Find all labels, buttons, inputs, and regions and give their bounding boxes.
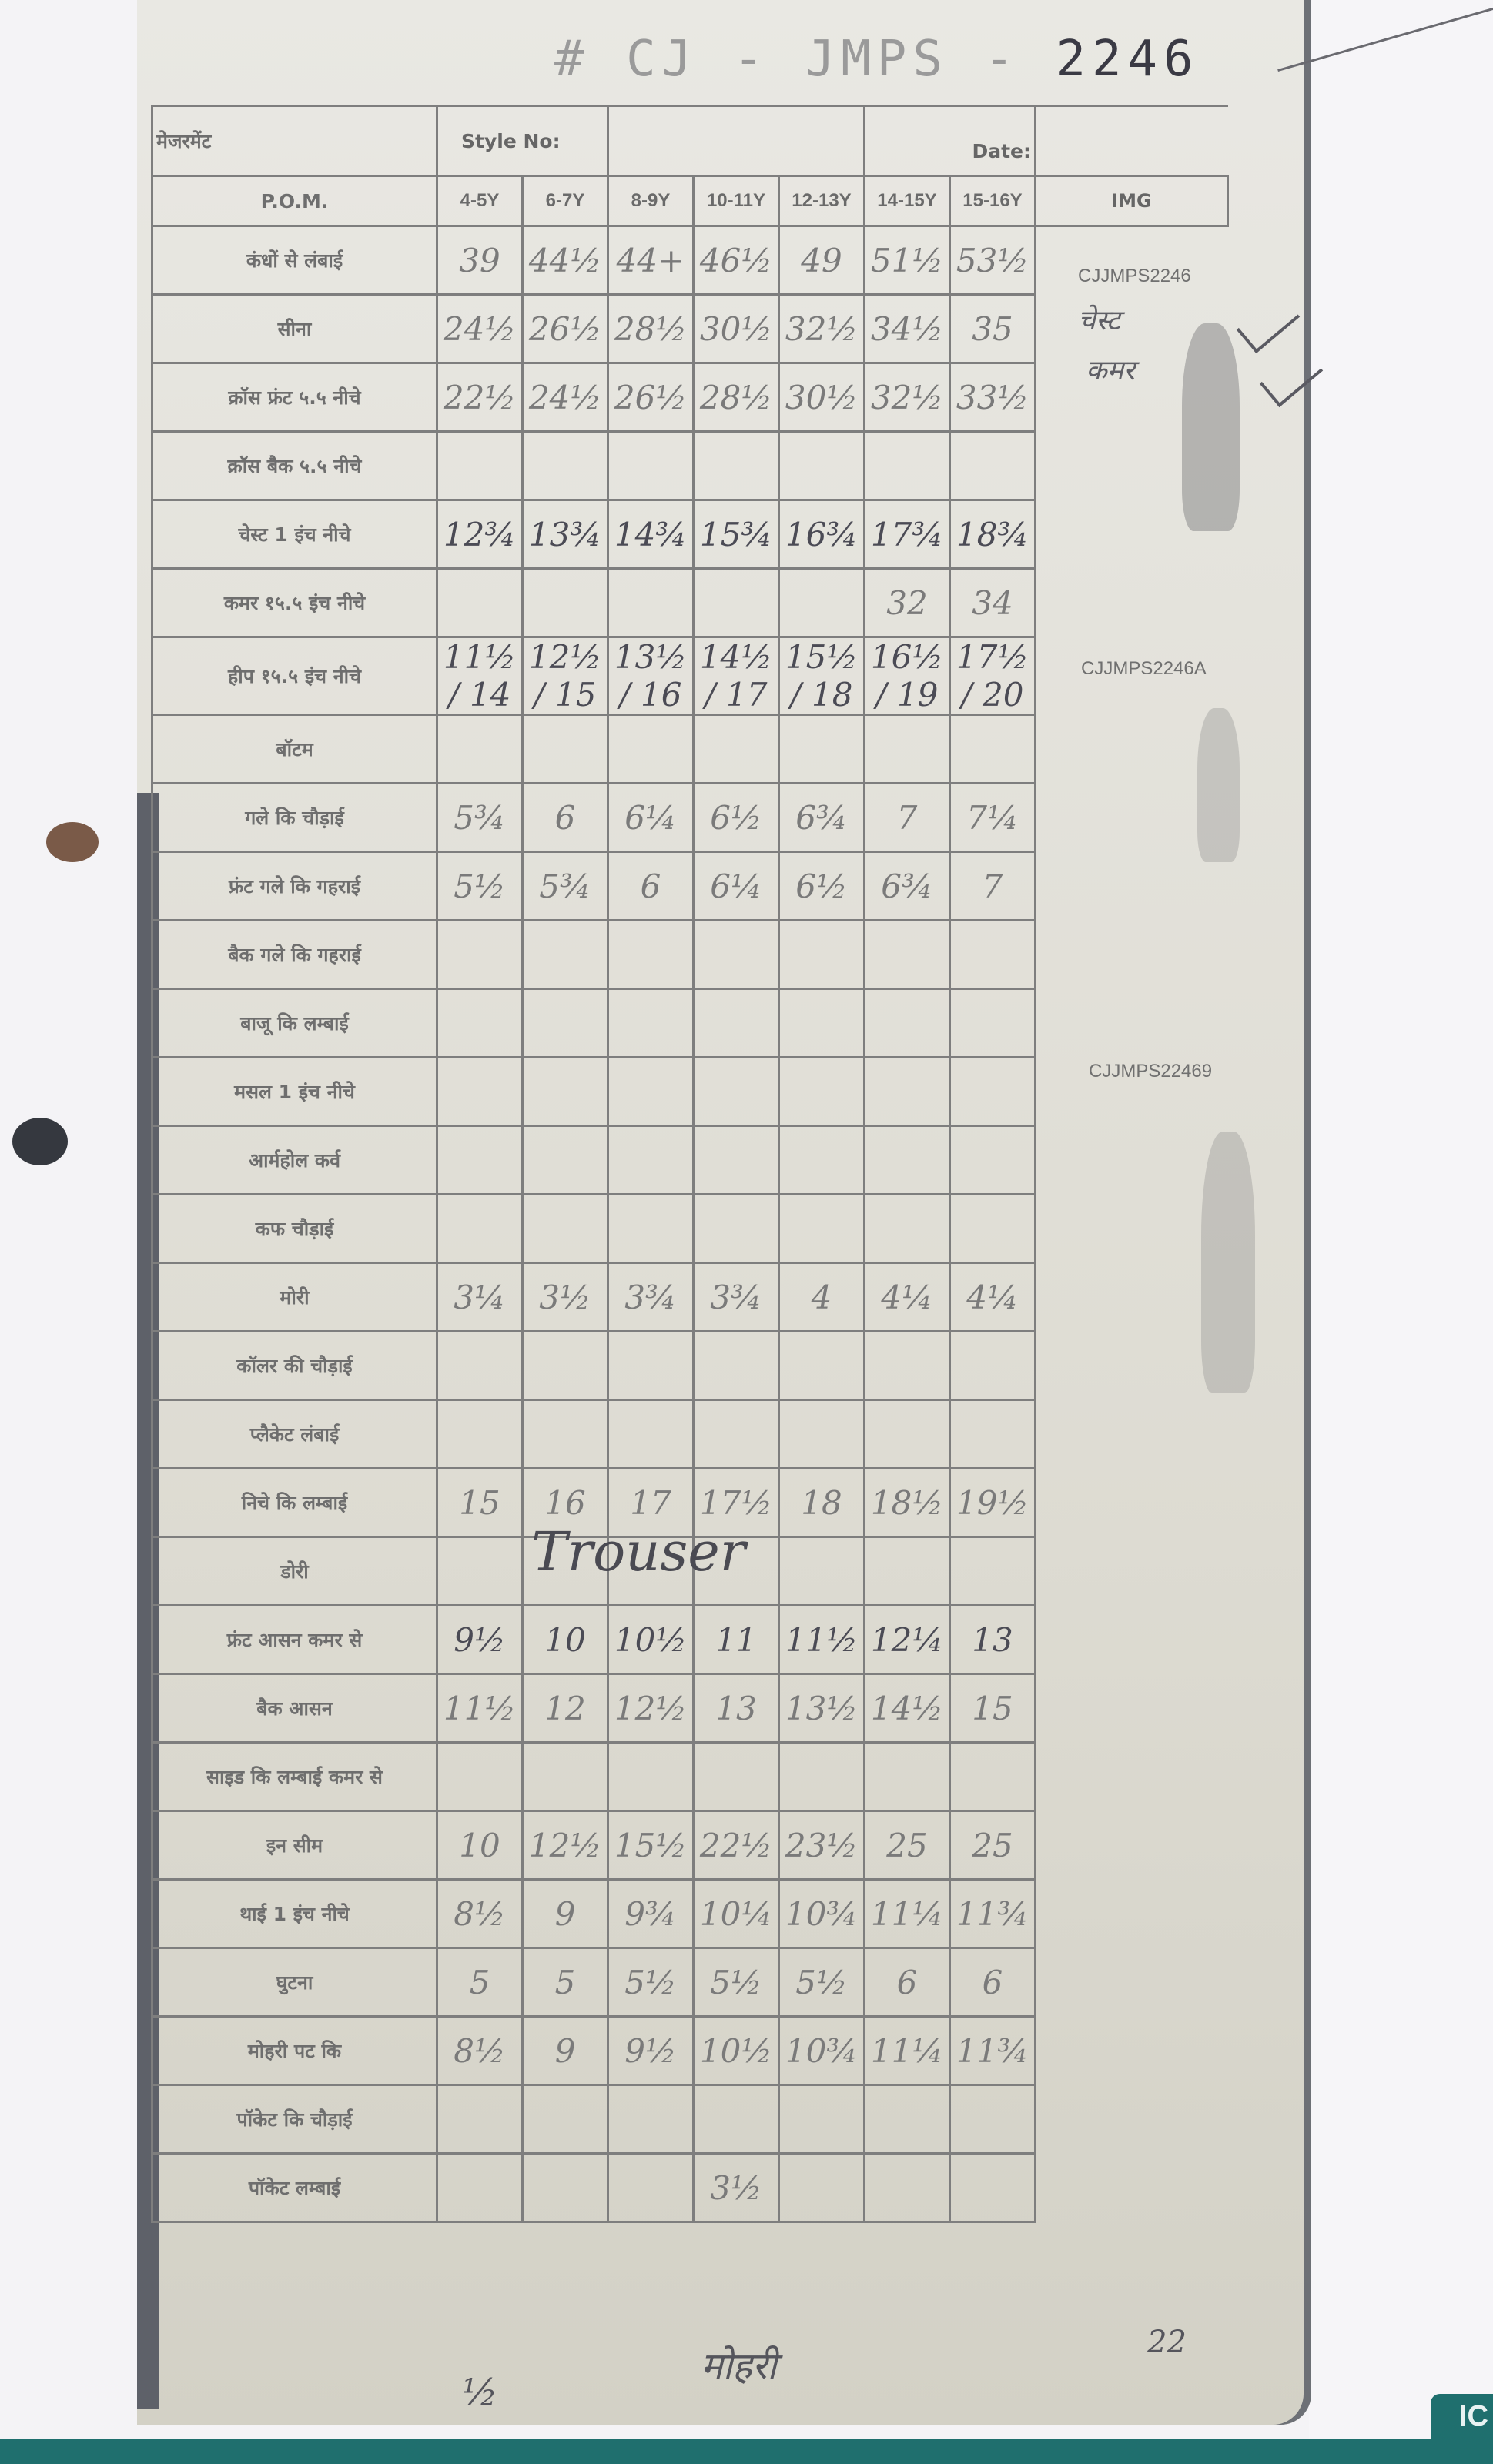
img-cell xyxy=(1036,2017,1228,2085)
measurement-cell[interactable]: 6½ xyxy=(694,784,779,852)
measurement-cell[interactable]: 35 xyxy=(950,295,1036,363)
measurement-cell[interactable] xyxy=(950,2085,1036,2154)
measurement-cell[interactable] xyxy=(523,1058,608,1126)
measurement-cell[interactable]: 14½ xyxy=(865,1674,950,1743)
measurement-cell[interactable] xyxy=(779,432,865,500)
measurement-label: मेजरमेंट xyxy=(152,106,437,176)
measurement-cell[interactable] xyxy=(694,921,779,989)
measurement-cell[interactable] xyxy=(779,1537,865,1606)
handwritten-annotation: चेस्ट xyxy=(1078,300,1120,338)
table-row: पॉकेट लम्बाई3½ xyxy=(152,2154,1228,2222)
img-cell xyxy=(1036,1606,1228,1674)
table-row: मोहरी पट कि8½99½10½10¾11¼11¾ xyxy=(152,2017,1228,2085)
measurement-cell[interactable]: 18½ xyxy=(865,1469,950,1537)
measurement-cell[interactable] xyxy=(523,921,608,989)
measurement-cell[interactable]: 7 xyxy=(865,784,950,852)
measurement-cell[interactable] xyxy=(865,921,950,989)
footer-word: मोहरी xyxy=(701,2340,777,2390)
measurement-cell[interactable] xyxy=(779,1743,865,1811)
measurement-cell[interactable] xyxy=(608,715,694,784)
measurement-cell[interactable]: 13½ xyxy=(779,1674,865,1743)
measurement-cell[interactable] xyxy=(608,1126,694,1195)
measurement-cell[interactable]: 5¾ xyxy=(437,784,523,852)
measurement-cell[interactable] xyxy=(865,715,950,784)
measurement-cell[interactable] xyxy=(437,432,523,500)
pom-row-label: पॉकेट लम्बाई xyxy=(152,2154,437,2222)
measurement-cell[interactable]: 26½ xyxy=(523,295,608,363)
measurement-cell[interactable]: 9¾ xyxy=(608,1880,694,1948)
measurement-cell[interactable]: 15 xyxy=(950,1674,1036,1743)
measurement-cell[interactable] xyxy=(950,432,1036,500)
img-cell xyxy=(1036,2154,1228,2222)
measurement-cell[interactable]: 30½ xyxy=(779,363,865,432)
measurement-cell[interactable]: 6¾ xyxy=(865,852,950,921)
measurement-cell[interactable] xyxy=(437,715,523,784)
measurement-cell[interactable]: 26½ xyxy=(608,363,694,432)
measurement-cell[interactable] xyxy=(437,1126,523,1195)
table-row: कॉलर की चौड़ाई xyxy=(152,1332,1228,1400)
teal-background-strip xyxy=(0,2439,1493,2464)
measurement-cell[interactable] xyxy=(437,2085,523,2154)
measurement-cell[interactable] xyxy=(779,1126,865,1195)
pom-row-label: बॉटम xyxy=(152,715,437,784)
table-row: आर्महोल कर्व xyxy=(152,1126,1228,1195)
pom-row-label: डोरी xyxy=(152,1537,437,1606)
garment-sketch-jumpsuit xyxy=(1182,323,1240,531)
measurement-cell[interactable]: 13½ / 16 xyxy=(608,637,694,715)
measurement-cell[interactable]: 7 xyxy=(950,852,1036,921)
pom-row-label: कफ चौड़ाई xyxy=(152,1195,437,1263)
measurement-cell[interactable]: 24½ xyxy=(437,295,523,363)
measurement-cell[interactable] xyxy=(437,1058,523,1126)
measurement-cell[interactable] xyxy=(779,2154,865,2222)
table-row: बाजू कि लम्बाई xyxy=(152,989,1228,1058)
measurement-cell[interactable]: 3½ xyxy=(694,2154,779,2222)
pom-row-label: चेस्ट 1 इंच नीचे xyxy=(152,500,437,569)
measurement-cell[interactable] xyxy=(523,1126,608,1195)
measurement-cell[interactable] xyxy=(437,1537,523,1606)
img-cell xyxy=(1036,1674,1228,1743)
measurement-cell[interactable]: 13¾ xyxy=(523,500,608,569)
pom-row-label: आर्महोल कर्व xyxy=(152,1126,437,1195)
measurement-cell[interactable] xyxy=(950,1400,1036,1469)
measurement-cell[interactable]: 9½ xyxy=(437,1606,523,1674)
measurement-cell[interactable] xyxy=(950,2154,1036,2222)
measurement-cell[interactable]: 6½ xyxy=(779,852,865,921)
measurement-cell[interactable]: 3¾ xyxy=(608,1263,694,1332)
table-row: कफ चौड़ाई xyxy=(152,1195,1228,1263)
measurement-cell[interactable]: 11¼ xyxy=(865,1880,950,1948)
measurement-cell[interactable] xyxy=(779,1058,865,1126)
measurement-cell[interactable]: 11½ xyxy=(779,1606,865,1674)
pom-row-label: गले कि चौड़ाई xyxy=(152,784,437,852)
garment-sketch-figure xyxy=(1201,1132,1255,1393)
measurement-cell[interactable] xyxy=(437,1743,523,1811)
backdrop xyxy=(1309,0,1493,2464)
measurement-cell[interactable]: 23½ xyxy=(779,1811,865,1880)
handwritten-annotation: कमर xyxy=(1086,350,1135,388)
pom-row-label: कॉलर की चौड़ाई xyxy=(152,1332,437,1400)
measurement-cell[interactable]: 28½ xyxy=(608,295,694,363)
table-row: मसल 1 इंच नीचे xyxy=(152,1058,1228,1126)
measurement-cell[interactable]: 11¼ xyxy=(865,2017,950,2085)
measurement-cell[interactable] xyxy=(694,1058,779,1126)
img-header: IMG xyxy=(1036,176,1228,226)
measurement-cell[interactable]: 5½ xyxy=(779,1948,865,2017)
size-header: 4-5Y xyxy=(437,176,523,226)
style-code-number: 2246 xyxy=(1056,31,1199,88)
measurement-cell[interactable] xyxy=(523,2154,608,2222)
img-cell xyxy=(1036,1948,1228,2017)
page-mark: 22 xyxy=(1147,2325,1187,2360)
measurement-cell[interactable] xyxy=(865,1332,950,1400)
measurement-cell[interactable] xyxy=(523,1332,608,1400)
table-row: गले कि चौड़ाई5¾66¼6½6¾77¼ xyxy=(152,784,1228,852)
measurement-cell[interactable]: 5 xyxy=(437,1948,523,2017)
measurement-cell[interactable]: 5½ xyxy=(694,1948,779,2017)
measurement-cell[interactable] xyxy=(694,989,779,1058)
header-row-top: मेजरमेंट Style No: Date: xyxy=(152,106,1228,176)
pom-row-label: निचे कि लम्बाई xyxy=(152,1469,437,1537)
measurement-cell[interactable] xyxy=(523,432,608,500)
measurement-cell[interactable] xyxy=(950,989,1036,1058)
measurement-cell[interactable] xyxy=(694,1126,779,1195)
measurement-cell[interactable] xyxy=(950,1195,1036,1263)
img-cell xyxy=(1036,989,1228,1058)
pom-row-label: सीना xyxy=(152,295,437,363)
measurement-cell[interactable]: 10¾ xyxy=(779,1880,865,1948)
pom-row-label: फ्रंट गले कि गहराई xyxy=(152,852,437,921)
measurement-cell[interactable] xyxy=(608,2154,694,2222)
measurement-cell[interactable] xyxy=(950,921,1036,989)
measurement-table: मेजरमेंट Style No: Date: P.O.M. 4-5Y 6-7… xyxy=(151,105,1229,2223)
measurement-cell[interactable]: 6 xyxy=(950,1948,1036,2017)
measurement-cell[interactable]: 19½ xyxy=(950,1469,1036,1537)
measurement-cell[interactable]: 11½ / 14 xyxy=(437,637,523,715)
measurement-cell[interactable]: 32½ xyxy=(865,363,950,432)
img-cell xyxy=(1036,1400,1228,1469)
measurement-cell[interactable]: 4¼ xyxy=(950,1263,1036,1332)
measurement-cell[interactable]: 5 xyxy=(523,1948,608,2017)
measurement-cell[interactable]: 11¾ xyxy=(950,2017,1036,2085)
measurement-cell[interactable]: 22½ xyxy=(437,363,523,432)
pom-row-label: मोरी xyxy=(152,1263,437,1332)
measurement-cell[interactable] xyxy=(865,1400,950,1469)
measurement-cell[interactable] xyxy=(523,1743,608,1811)
table-row: प्लैकेट लंबाई xyxy=(152,1400,1228,1469)
measurement-cell[interactable] xyxy=(865,1195,950,1263)
measurement-cell[interactable] xyxy=(608,569,694,637)
measurement-cell[interactable]: 9½ xyxy=(608,2017,694,2085)
measurement-cell[interactable] xyxy=(608,1332,694,1400)
measurement-cell[interactable]: 46½ xyxy=(694,226,779,295)
table-row: बैक आसन11½1212½1313½14½15 xyxy=(152,1674,1228,1743)
measurement-cell[interactable] xyxy=(694,1743,779,1811)
measurement-cell[interactable] xyxy=(950,1743,1036,1811)
measurement-cell[interactable]: 22½ xyxy=(694,1811,779,1880)
measurement-cell[interactable]: 6¼ xyxy=(694,852,779,921)
pom-row-label: क्रॉस फ्रंट ५.५ नीचे xyxy=(152,363,437,432)
measurement-cell[interactable] xyxy=(523,2085,608,2154)
pom-row-label: कंधों से लंबाई xyxy=(152,226,437,295)
measurement-cell[interactable] xyxy=(950,715,1036,784)
measurement-cell[interactable]: 28½ xyxy=(694,363,779,432)
measurement-cell[interactable]: 39 xyxy=(437,226,523,295)
date-label: Date: xyxy=(865,106,1036,176)
measurement-cell[interactable]: 16¾ xyxy=(779,500,865,569)
measurement-cell[interactable]: 15 xyxy=(437,1469,523,1537)
measurement-cell[interactable] xyxy=(437,2154,523,2222)
img-cell xyxy=(1036,852,1228,921)
measurement-cell[interactable]: 3½ xyxy=(523,1263,608,1332)
measurement-cell[interactable] xyxy=(779,989,865,1058)
measurement-cell[interactable]: 14¾ xyxy=(608,500,694,569)
measurement-cell[interactable] xyxy=(608,432,694,500)
size-header: 10-11Y xyxy=(694,176,779,226)
img-cell xyxy=(1036,569,1228,637)
measurement-cell[interactable]: 34½ xyxy=(865,295,950,363)
measurement-cell[interactable]: 44+ xyxy=(608,226,694,295)
table-row: साइड कि लम्बाई कमर से xyxy=(152,1743,1228,1811)
image-ref-code: CJJMPS22469 xyxy=(1089,1061,1212,1082)
measurement-cell[interactable] xyxy=(865,2085,950,2154)
measurement-cell[interactable]: 6 xyxy=(523,784,608,852)
measurement-cell[interactable] xyxy=(865,1537,950,1606)
measurement-cell[interactable]: 4 xyxy=(779,1263,865,1332)
measurement-cell[interactable]: 12¼ xyxy=(865,1606,950,1674)
measurement-cell[interactable]: 15¾ xyxy=(694,500,779,569)
pom-row-label: बैक आसन xyxy=(152,1674,437,1743)
measurement-cell[interactable]: 12½ xyxy=(608,1674,694,1743)
measurement-cell[interactable] xyxy=(779,1400,865,1469)
measurement-cell[interactable] xyxy=(694,715,779,784)
measurement-cell[interactable] xyxy=(694,1195,779,1263)
measurement-cell[interactable]: 49 xyxy=(779,226,865,295)
measurement-cell[interactable]: 12¾ xyxy=(437,500,523,569)
punch-hole xyxy=(12,1118,68,1165)
pom-row-label: मोहरी पट कि xyxy=(152,2017,437,2085)
measurement-cell[interactable] xyxy=(779,921,865,989)
measurement-cell[interactable]: 13 xyxy=(950,1606,1036,1674)
measurement-cell[interactable]: 24½ xyxy=(523,363,608,432)
style-code-title: # CJ - JMPS - 2246 xyxy=(554,31,1200,88)
pom-row-label: हीप १५.५ इंच नीचे xyxy=(152,637,437,715)
measurement-cell[interactable]: 33½ xyxy=(950,363,1036,432)
measurement-cell[interactable]: 3¼ xyxy=(437,1263,523,1332)
measurement-cell[interactable]: 12½ xyxy=(523,1811,608,1880)
pom-row-label: थाई 1 इंच नीचे xyxy=(152,1880,437,1948)
measurement-cell[interactable] xyxy=(865,1743,950,1811)
table-row: हीप १५.५ इंच नीचे11½ / 1412½ / 1513½ / 1… xyxy=(152,637,1228,715)
image-ref-code: CJJMPS2246 xyxy=(1078,266,1191,287)
style-no-label: Style No: xyxy=(437,106,608,176)
pom-row-label: कमर १५.५ इंच नीचे xyxy=(152,569,437,637)
table-row: क्रॉस फ्रंट ५.५ नीचे22½24½26½28½30½32½33… xyxy=(152,363,1228,432)
table-row: इन सीम1012½15½22½23½2525 xyxy=(152,1811,1228,1880)
pom-row-label: बैक गले कि गहराई xyxy=(152,921,437,989)
measurement-cell[interactable] xyxy=(779,1195,865,1263)
measurement-cell[interactable]: 11½ xyxy=(437,1674,523,1743)
measurement-cell[interactable]: 6¼ xyxy=(608,784,694,852)
measurement-cell[interactable]: 16½ / 19 xyxy=(865,637,950,715)
measurement-cell[interactable]: 11¾ xyxy=(950,1880,1036,1948)
measurement-cell[interactable]: 3¾ xyxy=(694,1263,779,1332)
measurement-cell[interactable] xyxy=(779,1332,865,1400)
measurement-cell[interactable]: 9 xyxy=(523,1880,608,1948)
garment-sketch-top xyxy=(1197,708,1240,862)
measurement-cell[interactable]: 7¼ xyxy=(950,784,1036,852)
table-row: घुटना555½5½5½66 xyxy=(152,1948,1228,2017)
measurement-cell[interactable] xyxy=(779,2085,865,2154)
measurement-cell[interactable] xyxy=(694,1400,779,1469)
img-cell xyxy=(1036,1195,1228,1263)
img-cell xyxy=(1036,1880,1228,1948)
measurement-cell[interactable]: 12½ / 15 xyxy=(523,637,608,715)
pom-row-label: क्रॉस बैक ५.५ नीचे xyxy=(152,432,437,500)
trouser-section-note: Trouser xyxy=(531,1520,745,1583)
measurement-cell[interactable] xyxy=(437,1400,523,1469)
measurement-cell[interactable]: 10 xyxy=(523,1606,608,1674)
measurement-cell[interactable] xyxy=(523,1195,608,1263)
measurement-cell[interactable] xyxy=(950,1126,1036,1195)
measurement-cell[interactable]: 8½ xyxy=(437,1880,523,1948)
measurement-cell[interactable] xyxy=(694,432,779,500)
pom-row-label: मसल 1 इंच नीचे xyxy=(152,1058,437,1126)
measurement-cell[interactable] xyxy=(865,989,950,1058)
brand-corner-text: IC xyxy=(1459,2400,1488,2433)
measurement-cell[interactable]: 34 xyxy=(950,569,1036,637)
measurement-cell[interactable]: 11 xyxy=(694,1606,779,1674)
table-row: मोरी3¼3½3¾3¾44¼4¼ xyxy=(152,1263,1228,1332)
measurement-cell[interactable]: 25 xyxy=(865,1811,950,1880)
measurement-cell[interactable]: 10¾ xyxy=(779,2017,865,2085)
measurement-cell[interactable] xyxy=(779,715,865,784)
size-header: 12-13Y xyxy=(779,176,865,226)
measurement-cell[interactable]: 32½ xyxy=(779,295,865,363)
measurement-cell[interactable]: 12 xyxy=(523,1674,608,1743)
pom-row-label: फ्रंट आसन कमर से xyxy=(152,1606,437,1674)
measurement-cell[interactable] xyxy=(608,921,694,989)
measurement-cell[interactable] xyxy=(865,2154,950,2222)
measurement-cell[interactable] xyxy=(608,2085,694,2154)
measurement-cell[interactable]: 15½ / 18 xyxy=(779,637,865,715)
img-cell xyxy=(1036,1537,1228,1606)
measurement-cell[interactable]: 44½ xyxy=(523,226,608,295)
size-header: 6-7Y xyxy=(523,176,608,226)
table-row: थाई 1 इंच नीचे8½99¾10¼10¾11¼11¾ xyxy=(152,1880,1228,1948)
img-cell xyxy=(1036,2085,1228,2154)
measurement-cell[interactable] xyxy=(437,989,523,1058)
measurement-cell[interactable]: 32 xyxy=(865,569,950,637)
measurement-cell[interactable]: 8½ xyxy=(437,2017,523,2085)
measurement-cell[interactable] xyxy=(694,1332,779,1400)
measurement-cell[interactable]: 5¾ xyxy=(523,852,608,921)
measurement-cell[interactable]: 25 xyxy=(950,1811,1036,1880)
table-row: चेस्ट 1 इंच नीचे12¾13¾14¾15¾16¾17¾18¾ xyxy=(152,500,1228,569)
img-cell xyxy=(1036,921,1228,989)
pom-label: P.O.M. xyxy=(152,176,437,226)
measurement-cell[interactable] xyxy=(950,1537,1036,1606)
measurement-cell[interactable] xyxy=(437,1332,523,1400)
measurement-cell[interactable] xyxy=(950,1058,1036,1126)
measurement-cell[interactable]: 53½ xyxy=(950,226,1036,295)
pom-row-label: बाजू कि लम्बाई xyxy=(152,989,437,1058)
style-code-prefix: # CJ - JMPS - xyxy=(554,31,1020,88)
measurement-cell[interactable] xyxy=(437,569,523,637)
img-cell xyxy=(1036,1332,1228,1400)
measurement-cell[interactable]: 10¼ xyxy=(694,1880,779,1948)
measurement-cell[interactable] xyxy=(950,1332,1036,1400)
pom-row-label: घुटना xyxy=(152,1948,437,2017)
table-row: कंधों से लंबाई3944½44+46½4951½53½ xyxy=(152,226,1228,295)
style-no-value[interactable] xyxy=(608,106,865,176)
pom-row-label: साइड कि लम्बाई कमर से xyxy=(152,1743,437,1811)
measurement-cell[interactable]: 6 xyxy=(865,1948,950,2017)
measurement-cell[interactable] xyxy=(608,1400,694,1469)
measurement-cell[interactable]: 15½ xyxy=(608,1811,694,1880)
measurement-cell[interactable] xyxy=(523,1400,608,1469)
measurement-cell[interactable]: 10½ xyxy=(608,1606,694,1674)
punch-hole xyxy=(46,822,99,862)
measurement-cell[interactable]: 6 xyxy=(608,852,694,921)
measurement-rows: कंधों से लंबाई3944½44+46½4951½53½सीना24½… xyxy=(152,226,1228,2222)
img-cell xyxy=(1036,1743,1228,1811)
img-cell xyxy=(1036,1469,1228,1537)
measurement-cell[interactable] xyxy=(865,432,950,500)
size-header: 15-16Y xyxy=(950,176,1036,226)
measurement-cell[interactable]: 13 xyxy=(694,1674,779,1743)
size-header: 14-15Y xyxy=(865,176,950,226)
measurement-cell[interactable] xyxy=(437,1195,523,1263)
table-row: फ्रंट आसन कमर से9½1010½1111½12¼13 xyxy=(152,1606,1228,1674)
measurement-cell[interactable]: 17½ / 20 xyxy=(950,637,1036,715)
measurement-cell[interactable] xyxy=(523,715,608,784)
measurement-cell[interactable]: 4¼ xyxy=(865,1263,950,1332)
measurement-cell[interactable] xyxy=(608,1058,694,1126)
measurement-cell[interactable]: 18¾ xyxy=(950,500,1036,569)
img-cell xyxy=(1036,1811,1228,1880)
measurement-cell[interactable] xyxy=(865,1126,950,1195)
measurement-cell[interactable] xyxy=(779,569,865,637)
measurement-cell[interactable] xyxy=(608,1743,694,1811)
measurement-cell[interactable]: 30½ xyxy=(694,295,779,363)
measurement-cell[interactable] xyxy=(523,569,608,637)
measurement-cell[interactable]: 10½ xyxy=(694,2017,779,2085)
table-row: बैक गले कि गहराई xyxy=(152,921,1228,989)
measurement-cell[interactable] xyxy=(694,2085,779,2154)
measurement-cell[interactable]: 51½ xyxy=(865,226,950,295)
measurement-cell[interactable]: 6¾ xyxy=(779,784,865,852)
img-cell xyxy=(1036,1126,1228,1195)
measurement-cell[interactable] xyxy=(437,921,523,989)
measurement-cell[interactable] xyxy=(523,989,608,1058)
measurement-cell[interactable]: 9 xyxy=(523,2017,608,2085)
measurement-cell[interactable] xyxy=(608,1195,694,1263)
measurement-cell[interactable] xyxy=(608,989,694,1058)
size-header: 8-9Y xyxy=(608,176,694,226)
measurement-cell[interactable]: 10 xyxy=(437,1811,523,1880)
table-row: पॉकेट कि चौड़ाई xyxy=(152,2085,1228,2154)
measurement-cell[interactable] xyxy=(865,1058,950,1126)
measurement-cell[interactable] xyxy=(694,569,779,637)
footer-half-mark: ½ xyxy=(462,2371,498,2414)
measurement-cell[interactable]: 17¾ xyxy=(865,500,950,569)
measurement-cell[interactable]: 5½ xyxy=(437,852,523,921)
measurement-cell[interactable]: 18 xyxy=(779,1469,865,1537)
table-row: बॉटम xyxy=(152,715,1228,784)
measurement-cell[interactable]: 5½ xyxy=(608,1948,694,2017)
measurement-cell[interactable]: 14½ / 17 xyxy=(694,637,779,715)
